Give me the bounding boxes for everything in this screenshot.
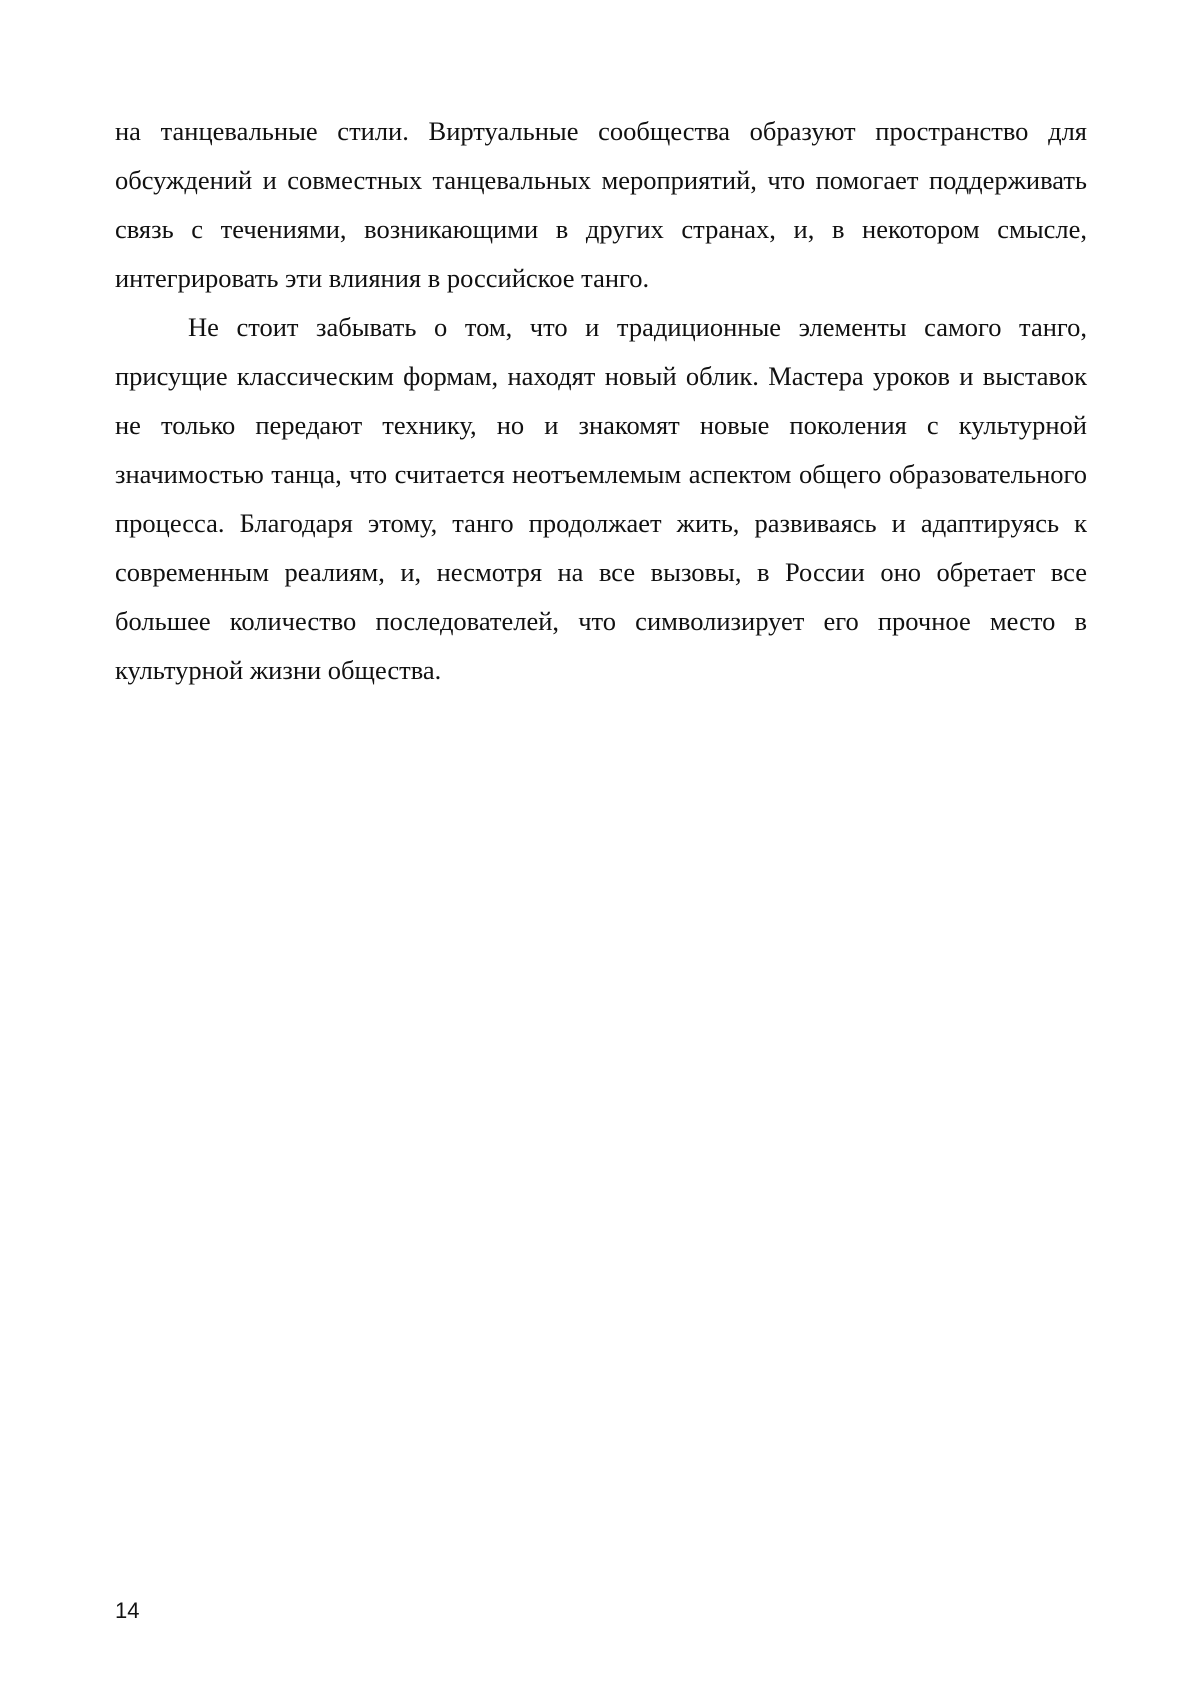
paragraph-tango-traditions: Не стоит забывать о том, что и традицион… bbox=[115, 303, 1087, 695]
document-page: на танцевальные стили. Виртуальные сообщ… bbox=[0, 0, 1200, 1697]
paragraph-continuation: на танцевальные стили. Виртуальные сообщ… bbox=[115, 107, 1087, 303]
body-text: на танцевальные стили. Виртуальные сообщ… bbox=[115, 107, 1087, 695]
page-number: 14 bbox=[115, 1598, 139, 1624]
